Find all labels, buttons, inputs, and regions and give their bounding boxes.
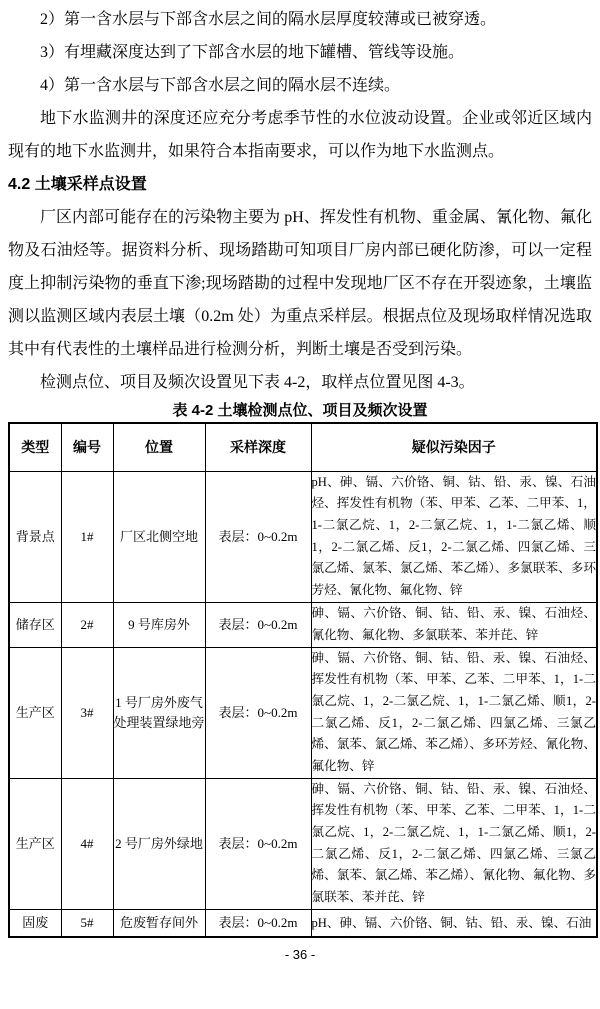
cell-depth: 表层：0~0.2m — [205, 602, 311, 647]
header-id: 编号 — [61, 423, 113, 471]
cell-id: 1# — [61, 471, 113, 602]
cell-location: 1 号厂房外废气处理装置绿地旁 — [113, 647, 205, 778]
cell-id: 2# — [61, 602, 113, 647]
table-row: 背景点 1# 厂区北侧空地 表层：0~0.2m pH、砷、镉、六价铬、铜、钴、铅… — [9, 471, 597, 602]
table-title: 表 4-2 土壤检测点位、项目及频次设置 — [8, 400, 592, 421]
cell-depth: 表层：0~0.2m — [205, 778, 311, 909]
document-page: 2）第一含水层与下部含水层之间的隔水层厚度较薄或已被穿透。 3）有埋藏深度达到了… — [0, 0, 600, 962]
cell-type: 背景点 — [9, 471, 61, 602]
cell-location: 危废暂存间外 — [113, 909, 205, 937]
cell-location: 2 号厂房外绿地 — [113, 778, 205, 909]
cell-id: 4# — [61, 778, 113, 909]
cell-factors: pH、砷、镉、六价铬、铜、钴、铅、汞、镍、石油烃、挥发性有机物（苯、甲苯、乙苯、… — [311, 471, 597, 602]
header-factors: 疑似污染因子 — [311, 423, 597, 471]
cell-depth: 表层：0~0.2m — [205, 471, 311, 602]
cell-type: 生产区 — [9, 778, 61, 909]
cell-id: 5# — [61, 909, 113, 937]
header-location: 位置 — [113, 423, 205, 471]
header-type: 类型 — [9, 423, 61, 471]
cell-factors: pH、砷、镉、六价铬、铜、钴、铅、汞、镍、石油 — [311, 909, 597, 937]
cell-location: 厂区北侧空地 — [113, 471, 205, 602]
list-item-3: 3）有埋藏深度达到了下部含水层的地下罐槽、管线等设施。 — [8, 36, 592, 69]
table-row: 生产区 4# 2 号厂房外绿地 表层：0~0.2m 砷、镉、六价铬、铜、钴、铅、… — [9, 778, 597, 909]
paragraph-pollutants: 厂区内部可能存在的污染物主要为 pH、挥发性有机物、重金属、氰化物、氟化物及石油… — [8, 201, 592, 366]
paragraph-groundwater: 地下水监测井的深度还应充分考虑季节性的水位波动设置。企业或邻近区域内现有的地下水… — [8, 102, 592, 168]
cell-id: 3# — [61, 647, 113, 778]
cell-location: 9 号库房外 — [113, 602, 205, 647]
table-row: 固废 5# 危废暂存间外 表层：0~0.2m pH、砷、镉、六价铬、铜、钴、铅、… — [9, 909, 597, 937]
page-number: - 36 - — [8, 947, 592, 962]
cell-factors: 砷、镉、六价铬、铜、钴、铅、汞、镍、石油烃、挥发性有机物（苯、甲苯、乙苯、二甲苯… — [311, 647, 597, 778]
list-item-2: 2）第一含水层与下部含水层之间的隔水层厚度较薄或已被穿透。 — [8, 3, 592, 36]
section-heading-4-2: 4.2 土壤采样点设置 — [8, 168, 592, 201]
cell-factors: 砷、镉、六价铬、铜、钴、铅、汞、镍、石油烃、挥发性有机物（苯、甲苯、乙苯、二甲苯… — [311, 778, 597, 909]
cell-factors: 砷、镉、六价铬、铜、钴、铅、汞、镍、石油烃、氰化物、氟化物、多氯联苯、苯并芘、锌 — [311, 602, 597, 647]
table-header-row: 类型 编号 位置 采样深度 疑似污染因子 — [9, 423, 597, 471]
paragraph-reference: 检测点位、项目及频次设置见下表 4-2，取样点位置见图 4-3。 — [8, 366, 592, 399]
table-row: 生产区 3# 1 号厂房外废气处理装置绿地旁 表层：0~0.2m 砷、镉、六价铬… — [9, 647, 597, 778]
cell-type: 储存区 — [9, 602, 61, 647]
table-row: 储存区 2# 9 号库房外 表层：0~0.2m 砷、镉、六价铬、铜、钴、铅、汞、… — [9, 602, 597, 647]
list-item-4: 4）第一含水层与下部含水层之间的隔水层不连续。 — [8, 69, 592, 102]
body-text: 2）第一含水层与下部含水层之间的隔水层厚度较薄或已被穿透。 3）有埋藏深度达到了… — [8, 3, 592, 399]
cell-depth: 表层：0~0.2m — [205, 909, 311, 937]
cell-type: 生产区 — [9, 647, 61, 778]
cell-type: 固废 — [9, 909, 61, 937]
soil-sampling-table: 类型 编号 位置 采样深度 疑似污染因子 背景点 1# 厂区北侧空地 表层：0~… — [8, 422, 598, 938]
cell-depth: 表层：0~0.2m — [205, 647, 311, 778]
header-depth: 采样深度 — [205, 423, 311, 471]
